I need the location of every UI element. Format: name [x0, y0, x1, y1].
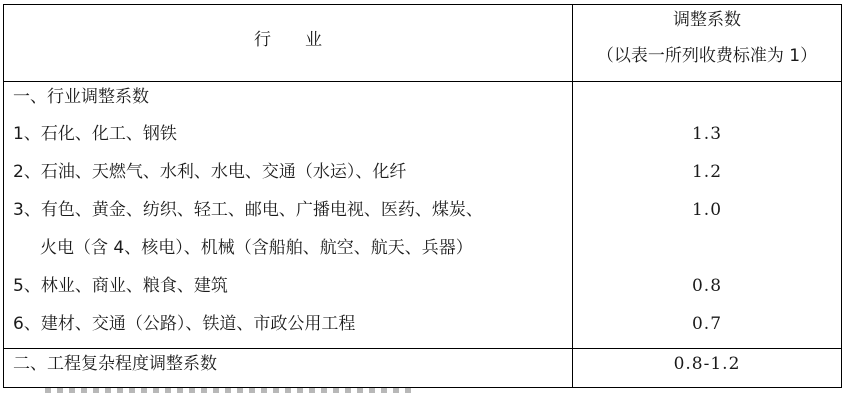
section1-title: 一、行业调整系数	[13, 87, 149, 107]
header-divider	[4, 81, 841, 82]
row-label-6: 6、建材、交通（公路）、铁道、市政公用工程	[13, 314, 355, 334]
section2-value: 0.8-1.2	[674, 354, 741, 374]
row-value-5: 0.8	[692, 276, 722, 296]
row-label-1: 1、石化、化工、钢铁	[13, 124, 177, 144]
row-label-2: 2、石油、天燃气、水利、水电、交通（水运）、化纤	[13, 162, 406, 182]
header-industry: 行 业	[254, 30, 322, 50]
coefficient-table: 行 业 调整系数 （以表一所列收费标准为 1） 一、行业调整系数 1、石化、化工…	[3, 4, 842, 388]
column-divider	[572, 5, 573, 387]
row-label-3-cont: 火电（含 4、核电）、机械（含船舶、航空、航天、兵器）	[40, 238, 473, 258]
section2-title: 二、工程复杂程度调整系数	[13, 354, 217, 374]
header-coef-subtitle: （以表一所列收费标准为 1）	[597, 46, 817, 66]
cutoff-text-line	[45, 388, 415, 393]
row-label-5: 5、林业、商业、粮食、建筑	[13, 276, 228, 296]
row-value-2: 1.2	[692, 162, 722, 182]
row-label-3: 3、有色、黄金、纺织、轻工、邮电、广播电视、医药、煤炭、	[13, 200, 483, 220]
row-value-6: 0.7	[692, 314, 722, 334]
row-value-1: 1.3	[692, 124, 722, 144]
section-divider	[4, 348, 841, 349]
row-value-3: 1.0	[692, 200, 722, 220]
header-coef-title: 调整系数	[673, 10, 741, 30]
